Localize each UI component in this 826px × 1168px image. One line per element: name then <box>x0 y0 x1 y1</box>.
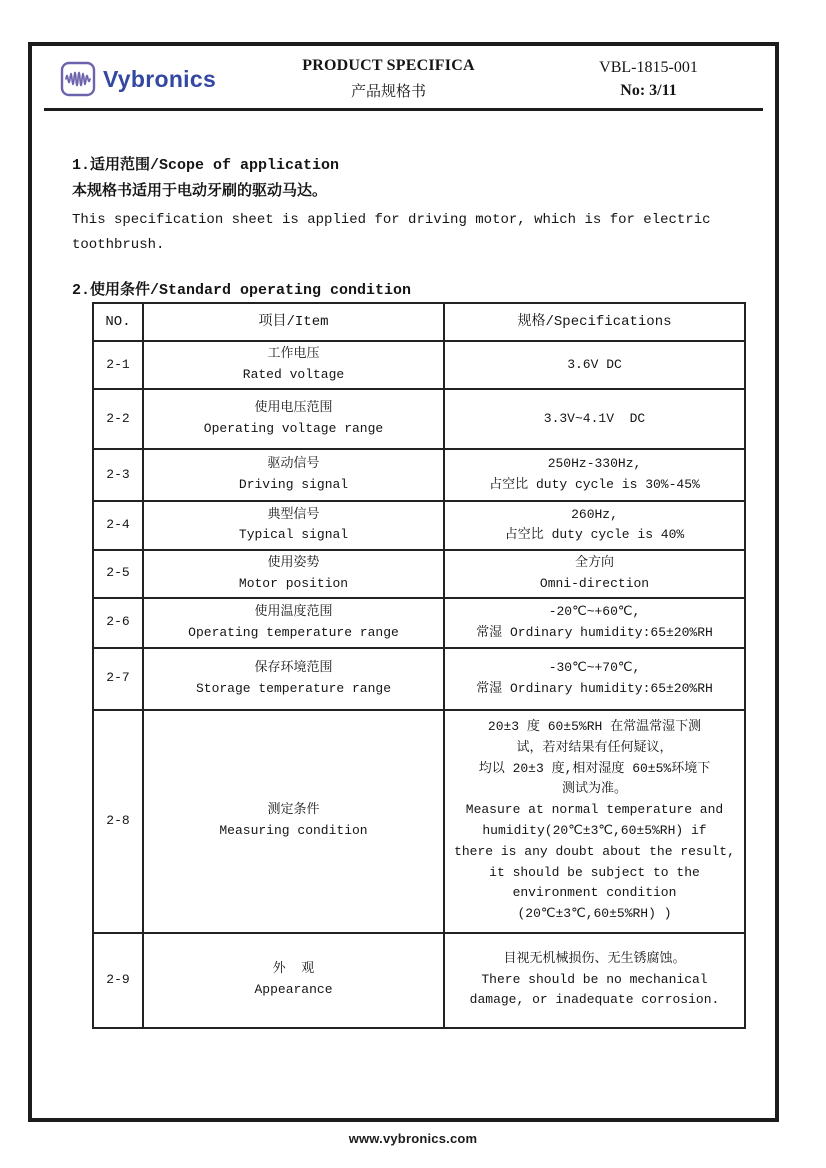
row-no: 2-1 <box>93 341 143 389</box>
row-item: 使用电压范围 Operating voltage range <box>143 389 444 449</box>
table-row: 2-6 使用温度范围 Operating temperature range -… <box>93 598 745 648</box>
footer-url: www.vybronics.com <box>349 1131 478 1146</box>
row-spec: -20℃~+60℃, 常湿 Ordinary humidity:65±20%RH <box>444 598 745 648</box>
logo-wordmark: Vybronics <box>103 66 216 93</box>
table-row: 2-7 保存环境范围 Storage temperature range -30… <box>93 648 745 710</box>
row-no: 2-9 <box>93 933 143 1028</box>
document-title-zh: 产品规格书 <box>241 80 536 101</box>
section1-body-zh: 本规格书适用于电动牙刷的驱动马达。 <box>72 179 735 200</box>
row-spec: 250Hz-330Hz, 占空比 duty cycle is 30%-45% <box>444 449 745 501</box>
row-spec: -30℃~+70℃, 常湿 Ordinary humidity:65±20%RH <box>444 648 745 710</box>
table-header-row: NO. 项目/Item 规格/Specifications <box>93 303 745 341</box>
table-row: 2-9 外 观 Appearance 目视无机械损伤、无生锈腐蚀。 There … <box>93 933 745 1028</box>
row-spec: 3.6V DC <box>444 341 745 389</box>
footer: www.vybronics.com <box>0 1131 826 1146</box>
row-spec: 20±3 度 60±5%RH 在常温常湿下测 试，若对结果有任何疑议， 均以 2… <box>444 710 745 933</box>
row-no: 2-3 <box>93 449 143 501</box>
row-item: 保存环境范围 Storage temperature range <box>143 648 444 710</box>
section1-body-en: This specification sheet is applied for … <box>72 208 735 258</box>
col-header-item: 项目/Item <box>143 303 444 341</box>
section1-heading: 1.适用范围/Scope of application <box>72 153 735 174</box>
table-row: 2-2 使用电压范围 Operating voltage range 3.3V~… <box>93 389 745 449</box>
table-row: 2-4 典型信号 Typical signal 260Hz, 占空比 duty … <box>93 501 745 550</box>
document-number: VBL-1815-001 <box>536 59 761 77</box>
row-item: 工作电压 Rated voltage <box>143 341 444 389</box>
table-row: 2-5 使用姿势 Motor position 全方向 Omni-directi… <box>93 550 745 598</box>
vybronics-logo: Vybronics <box>46 61 241 97</box>
vybronics-waveform-icon <box>60 61 96 97</box>
col-header-no: NO. <box>93 303 143 341</box>
page-frame: Vybronics PRODUCT SPECIFICA 产品规格书 VBL-18… <box>28 42 779 1122</box>
table-row: 2-8 测定条件 Measuring condition 20±3 度 60±5… <box>93 710 745 933</box>
page-number: No: 3/11 <box>536 82 761 100</box>
row-spec: 260Hz, 占空比 duty cycle is 40% <box>444 501 745 550</box>
document-header: Vybronics PRODUCT SPECIFICA 产品规格书 VBL-18… <box>44 46 763 111</box>
row-item: 典型信号 Typical signal <box>143 501 444 550</box>
table-row: 2-1 工作电压 Rated voltage 3.6V DC <box>93 341 745 389</box>
row-item: 使用姿势 Motor position <box>143 550 444 598</box>
row-item: 驱动信号 Driving signal <box>143 449 444 501</box>
operating-conditions-table: NO. 项目/Item 规格/Specifications 2-1 工作电压 R… <box>92 302 746 1028</box>
row-spec: 全方向 Omni-direction <box>444 550 745 598</box>
row-spec: 3.3V~4.1V DC <box>444 389 745 449</box>
row-item: 测定条件 Measuring condition <box>143 710 444 933</box>
document-info-block: VBL-1815-001 No: 3/11 <box>536 59 761 100</box>
row-no: 2-7 <box>93 648 143 710</box>
row-no: 2-8 <box>93 710 143 933</box>
document-title-block: PRODUCT SPECIFICA 产品规格书 <box>241 57 536 101</box>
table-row: 2-3 驱动信号 Driving signal 250Hz-330Hz, 占空比… <box>93 449 745 501</box>
document-title-en: PRODUCT SPECIFICA <box>241 57 536 75</box>
row-no: 2-6 <box>93 598 143 648</box>
row-no: 2-4 <box>93 501 143 550</box>
section2-heading: 2.使用条件/Standard operating condition <box>72 278 735 299</box>
document-body: 1.适用范围/Scope of application 本规格书适用于电动牙刷的… <box>32 111 775 1029</box>
row-no: 2-5 <box>93 550 143 598</box>
row-spec: 目视无机械损伤、无生锈腐蚀。 There should be no mechan… <box>444 933 745 1028</box>
row-item: 使用温度范围 Operating temperature range <box>143 598 444 648</box>
col-header-specifications: 规格/Specifications <box>444 303 745 341</box>
row-no: 2-2 <box>93 389 143 449</box>
row-item: 外 观 Appearance <box>143 933 444 1028</box>
